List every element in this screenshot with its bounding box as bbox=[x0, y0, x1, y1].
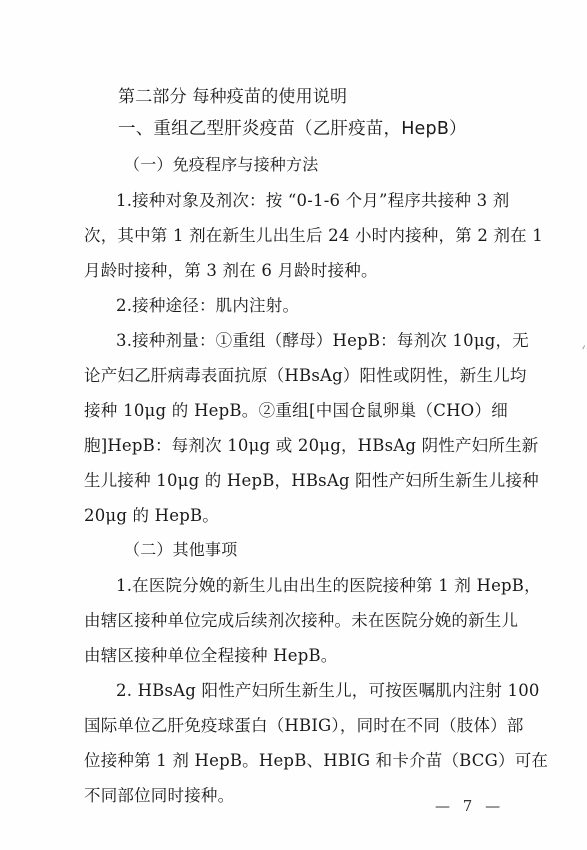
paragraph-line: 月龄时接种，第 3 剂在 6 月龄时接种。 bbox=[84, 257, 378, 281]
paragraph-line: 接种 10μg 的 HepB。②重组[中国仓鼠卵巢（CHO）细 bbox=[84, 397, 508, 421]
paragraph-line: 2.接种途径：肌内注射。 bbox=[116, 292, 299, 316]
paragraph-line: 3.接种剂量：①重组（酵母）HepB：每剂次 10μg，无 bbox=[116, 327, 508, 351]
subsection-heading: （一）免疫程序与接种方法 bbox=[124, 152, 318, 175]
paragraph-line: 不同部位同时接种。 bbox=[84, 782, 234, 806]
paragraph-line: 20μg 的 HepB。 bbox=[84, 502, 219, 526]
paragraph-line: 胞]HepB：每剂次 10μg 或 20μg，HBsAg 阴性产妇所生新 bbox=[84, 432, 508, 456]
paragraph-line: 次，其中第 1 剂在新生儿出生后 24 小时内接种，第 2 剂在 1 bbox=[84, 222, 508, 246]
paragraph-line: 1.接种对象及剂次：按 “0-1-6 个月”程序共接种 3 剂 bbox=[116, 187, 506, 211]
paragraph-line: 位接种第 1 剂 HepB。HepB、HBIG 和卡介苗（BCG）可在 bbox=[84, 747, 508, 771]
scan-artifact bbox=[582, 345, 587, 350]
subsection-heading: （二）其他事项 bbox=[124, 537, 237, 560]
paragraph-line: 2. HBsAg 阳性产妇所生新生儿，可按医嘱肌内注射 100 bbox=[116, 677, 508, 701]
paragraph-line: 论产妇乙肝病毒表面抗原（HBsAg）阳性或阴性，新生儿均 bbox=[84, 362, 508, 386]
paragraph-line: 国际单位乙肝免疫球蛋白（HBIG），同时在不同（肢体）部 bbox=[84, 712, 508, 736]
page-number: — 7 — bbox=[435, 797, 504, 815]
part-title: 第二部分 每种疫苗的使用说明 bbox=[118, 82, 347, 107]
paragraph-line: 由辖区接种单位完成后续剂次接种。未在医院分娩的新生儿 bbox=[84, 607, 508, 631]
section-title: 一、重组乙型肝炎疫苗（乙肝疫苗，HepB） bbox=[118, 115, 467, 140]
paragraph-line: 1.在医院分娩的新生儿由出生的医院接种第 1 剂 HepB， bbox=[116, 572, 508, 596]
paragraph-line: 生儿接种 10μg 的 HepB，HBsAg 阳性产妇所生新生儿接种 bbox=[84, 467, 508, 491]
document-page: 第二部分 每种疫苗的使用说明 一、重组乙型肝炎疫苗（乙肝疫苗，HepB） （一）… bbox=[0, 0, 587, 850]
paragraph-line: 由辖区接种单位全程接种 HepB。 bbox=[84, 642, 338, 666]
